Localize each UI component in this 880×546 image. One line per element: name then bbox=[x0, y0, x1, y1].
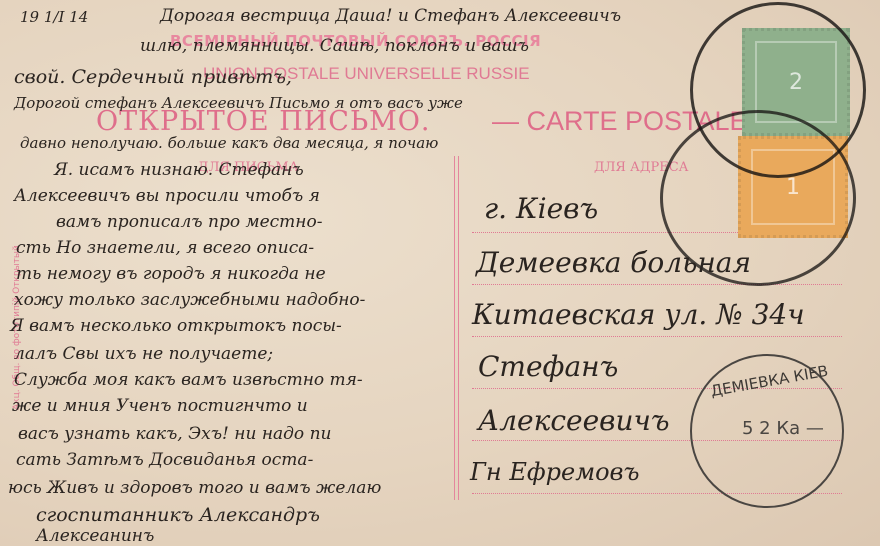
address-line bbox=[472, 336, 842, 337]
message-line: Я. исамъ низнаю. Стефанъ bbox=[54, 160, 304, 180]
message-line: сть Но знаетели, я всего описа- bbox=[16, 238, 314, 258]
message-line: васъ узнать какъ, Эхъ! ни надо пи bbox=[18, 424, 331, 444]
signature-line: Алексеанинъ bbox=[36, 526, 154, 546]
postmark-date: 5 2 Ка — bbox=[742, 418, 824, 439]
message-line: Алексеевичъ вы просили чтобъ я bbox=[14, 186, 320, 206]
message-line: Дорогая вестрица Даша! и Стефанъ Алексее… bbox=[160, 6, 621, 26]
message-line: юсь Живъ и здоровъ того и вамъ желаю bbox=[8, 478, 381, 498]
message-line: хожу только заслужебными надобно- bbox=[14, 290, 365, 310]
message-date: 19 1/I 14 bbox=[20, 8, 88, 26]
message-line: Служба моя какъ вамъ извѣстно тя- bbox=[14, 370, 363, 390]
message-line: свой. Сердечный привѣтъ, bbox=[14, 66, 292, 88]
address-line bbox=[472, 284, 842, 285]
message-line: Я вамъ несколько открытокъ посы- bbox=[10, 316, 342, 336]
message-line: лалъ Свы ихъ не получаете; bbox=[14, 344, 273, 364]
address-street: Китаевская ул. № 34ч bbox=[472, 298, 805, 331]
message-line: ть немогу въ городъ я никогда не bbox=[16, 264, 326, 284]
address-district: Демеевка больная bbox=[476, 246, 751, 279]
message-line: шлю, племянницы. Сашѣ, поклонъ и вашъ bbox=[140, 36, 529, 56]
message-line: вамъ прописалъ про местно- bbox=[56, 212, 322, 232]
message-line: сать Затѣмъ Досвиданья оста- bbox=[16, 450, 313, 470]
message-line: давно неполучаю. больше какъ два месяца,… bbox=[20, 134, 438, 152]
address-city: г. Кіевъ bbox=[484, 192, 598, 225]
message-line: же и мния Ученъ постигнчто и bbox=[12, 396, 308, 416]
center-divider bbox=[454, 156, 459, 500]
message-line: Дорогой стефанъ Алексеевичъ Письмо я отъ… bbox=[14, 94, 463, 112]
postcard: ВСЕМІРНЫЙ ПОЧТОВЫЙ СОЮЗЪ. РОССІЯ UNION P… bbox=[0, 0, 880, 546]
address-recipient-first: Стефанъ bbox=[478, 350, 618, 383]
address-recipient-surname: Гн Ефремовъ bbox=[470, 458, 640, 486]
signature-line: сгоспитанникъ Александръ bbox=[36, 504, 320, 526]
address-recipient-patronymic: Алексеевичъ bbox=[478, 404, 670, 437]
